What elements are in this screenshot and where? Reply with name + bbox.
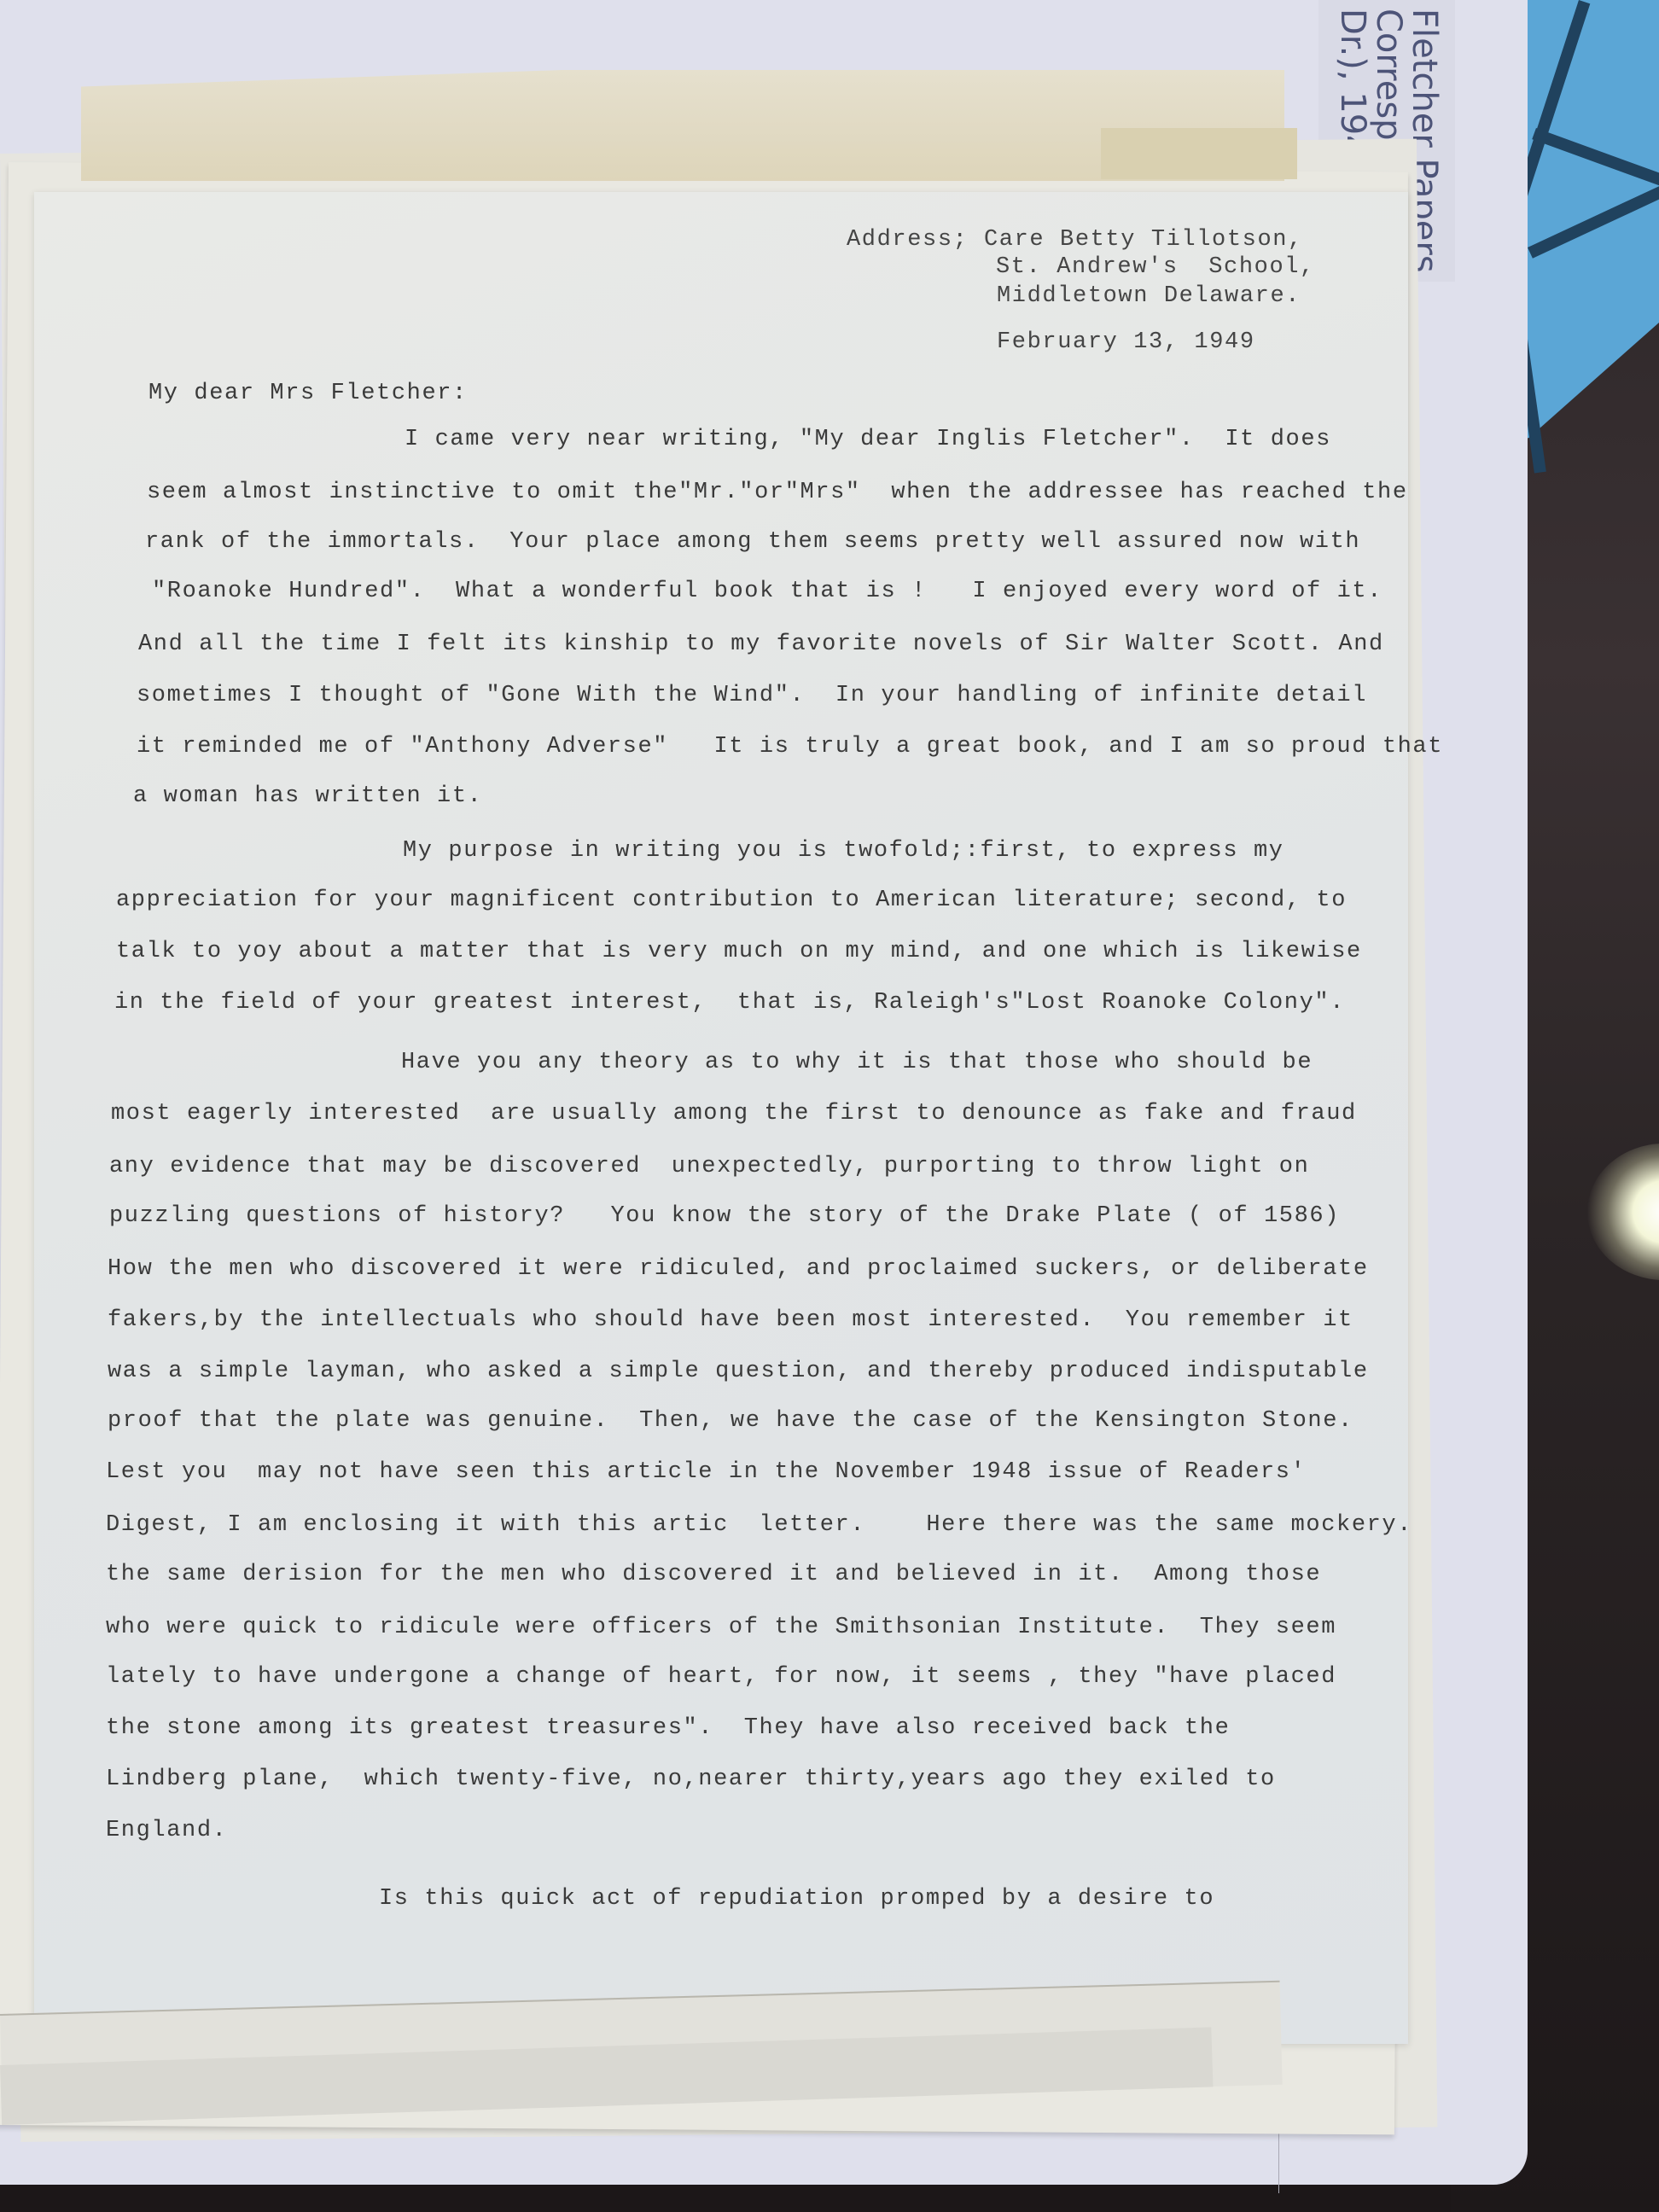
letter-line: lately to have undergone a change of hea… — [106, 1664, 1336, 1690]
letter-line: who were quick to ridicule were officers… — [106, 1615, 1336, 1640]
tape-corner — [1101, 128, 1297, 179]
address-line-3: Middletown Delaware. — [997, 283, 1301, 309]
letter-line: it reminded me of "Anthony Adverse" It i… — [137, 734, 1443, 760]
letter-line: in the field of your greatest interest, … — [114, 990, 1345, 1016]
letter-line: was a simple layman, who asked a simple … — [108, 1359, 1369, 1384]
letter-line: any evidence that may be discovered unex… — [109, 1154, 1309, 1179]
letter-line: sometimes I thought of "Gone With the Wi… — [137, 683, 1367, 708]
letter-line: most eagerly interested are usually amon… — [111, 1101, 1357, 1126]
letter-line: My purpose in writing you is twofold;:fi… — [403, 838, 1284, 864]
letter-line: proof that the plate was genuine. Then, … — [108, 1408, 1353, 1434]
letter-line: Is this quick act of repudiation promped… — [379, 1886, 1214, 1912]
letter-line: fakers,by the intellectuals who should h… — [108, 1307, 1353, 1333]
letter-line: rank of the immortals. Your place among … — [145, 529, 1360, 555]
letter-line: the same derision for the men who discov… — [106, 1562, 1321, 1587]
letter-line: Lest you may not have seen this article … — [106, 1459, 1306, 1485]
letter-line: seem almost instinctive to omit the"Mr."… — [147, 480, 1408, 505]
letter-line: England. — [106, 1818, 227, 1843]
letter-line: "Roanoke Hundred". What a wonderful book… — [152, 579, 1382, 604]
letter-line: Have you any theory as to why it is that… — [401, 1050, 1313, 1075]
letter-line: appreciation for your magnificent contri… — [116, 888, 1347, 913]
address-label: Address; — [847, 227, 968, 253]
address-line-1: Care Betty Tillotson, — [984, 227, 1303, 253]
letter-line: Digest, I am enclosing it with this arti… — [106, 1512, 1412, 1538]
letter-line: a woman has written it. — [133, 783, 482, 809]
address-line-2: St. Andrew's School, — [996, 254, 1315, 280]
letter-line: I came very near writing, "My dear Ingli… — [405, 427, 1331, 452]
letter-date: February 13, 1949 — [997, 329, 1255, 355]
letter-line: puzzling questions of history? You know … — [109, 1203, 1340, 1229]
salutation: My dear Mrs Fletcher: — [148, 381, 468, 406]
letter-line: And all the time I felt its kinship to m… — [138, 632, 1384, 657]
letter-line: the stone among its greatest treasures".… — [106, 1715, 1230, 1741]
letter-line: How the men who discovered it were ridic… — [108, 1256, 1369, 1282]
letter-line: Lindberg plane, which twenty-five, no,ne… — [106, 1767, 1276, 1792]
letter-line: talk to yoy about a matter that is very … — [116, 939, 1362, 964]
